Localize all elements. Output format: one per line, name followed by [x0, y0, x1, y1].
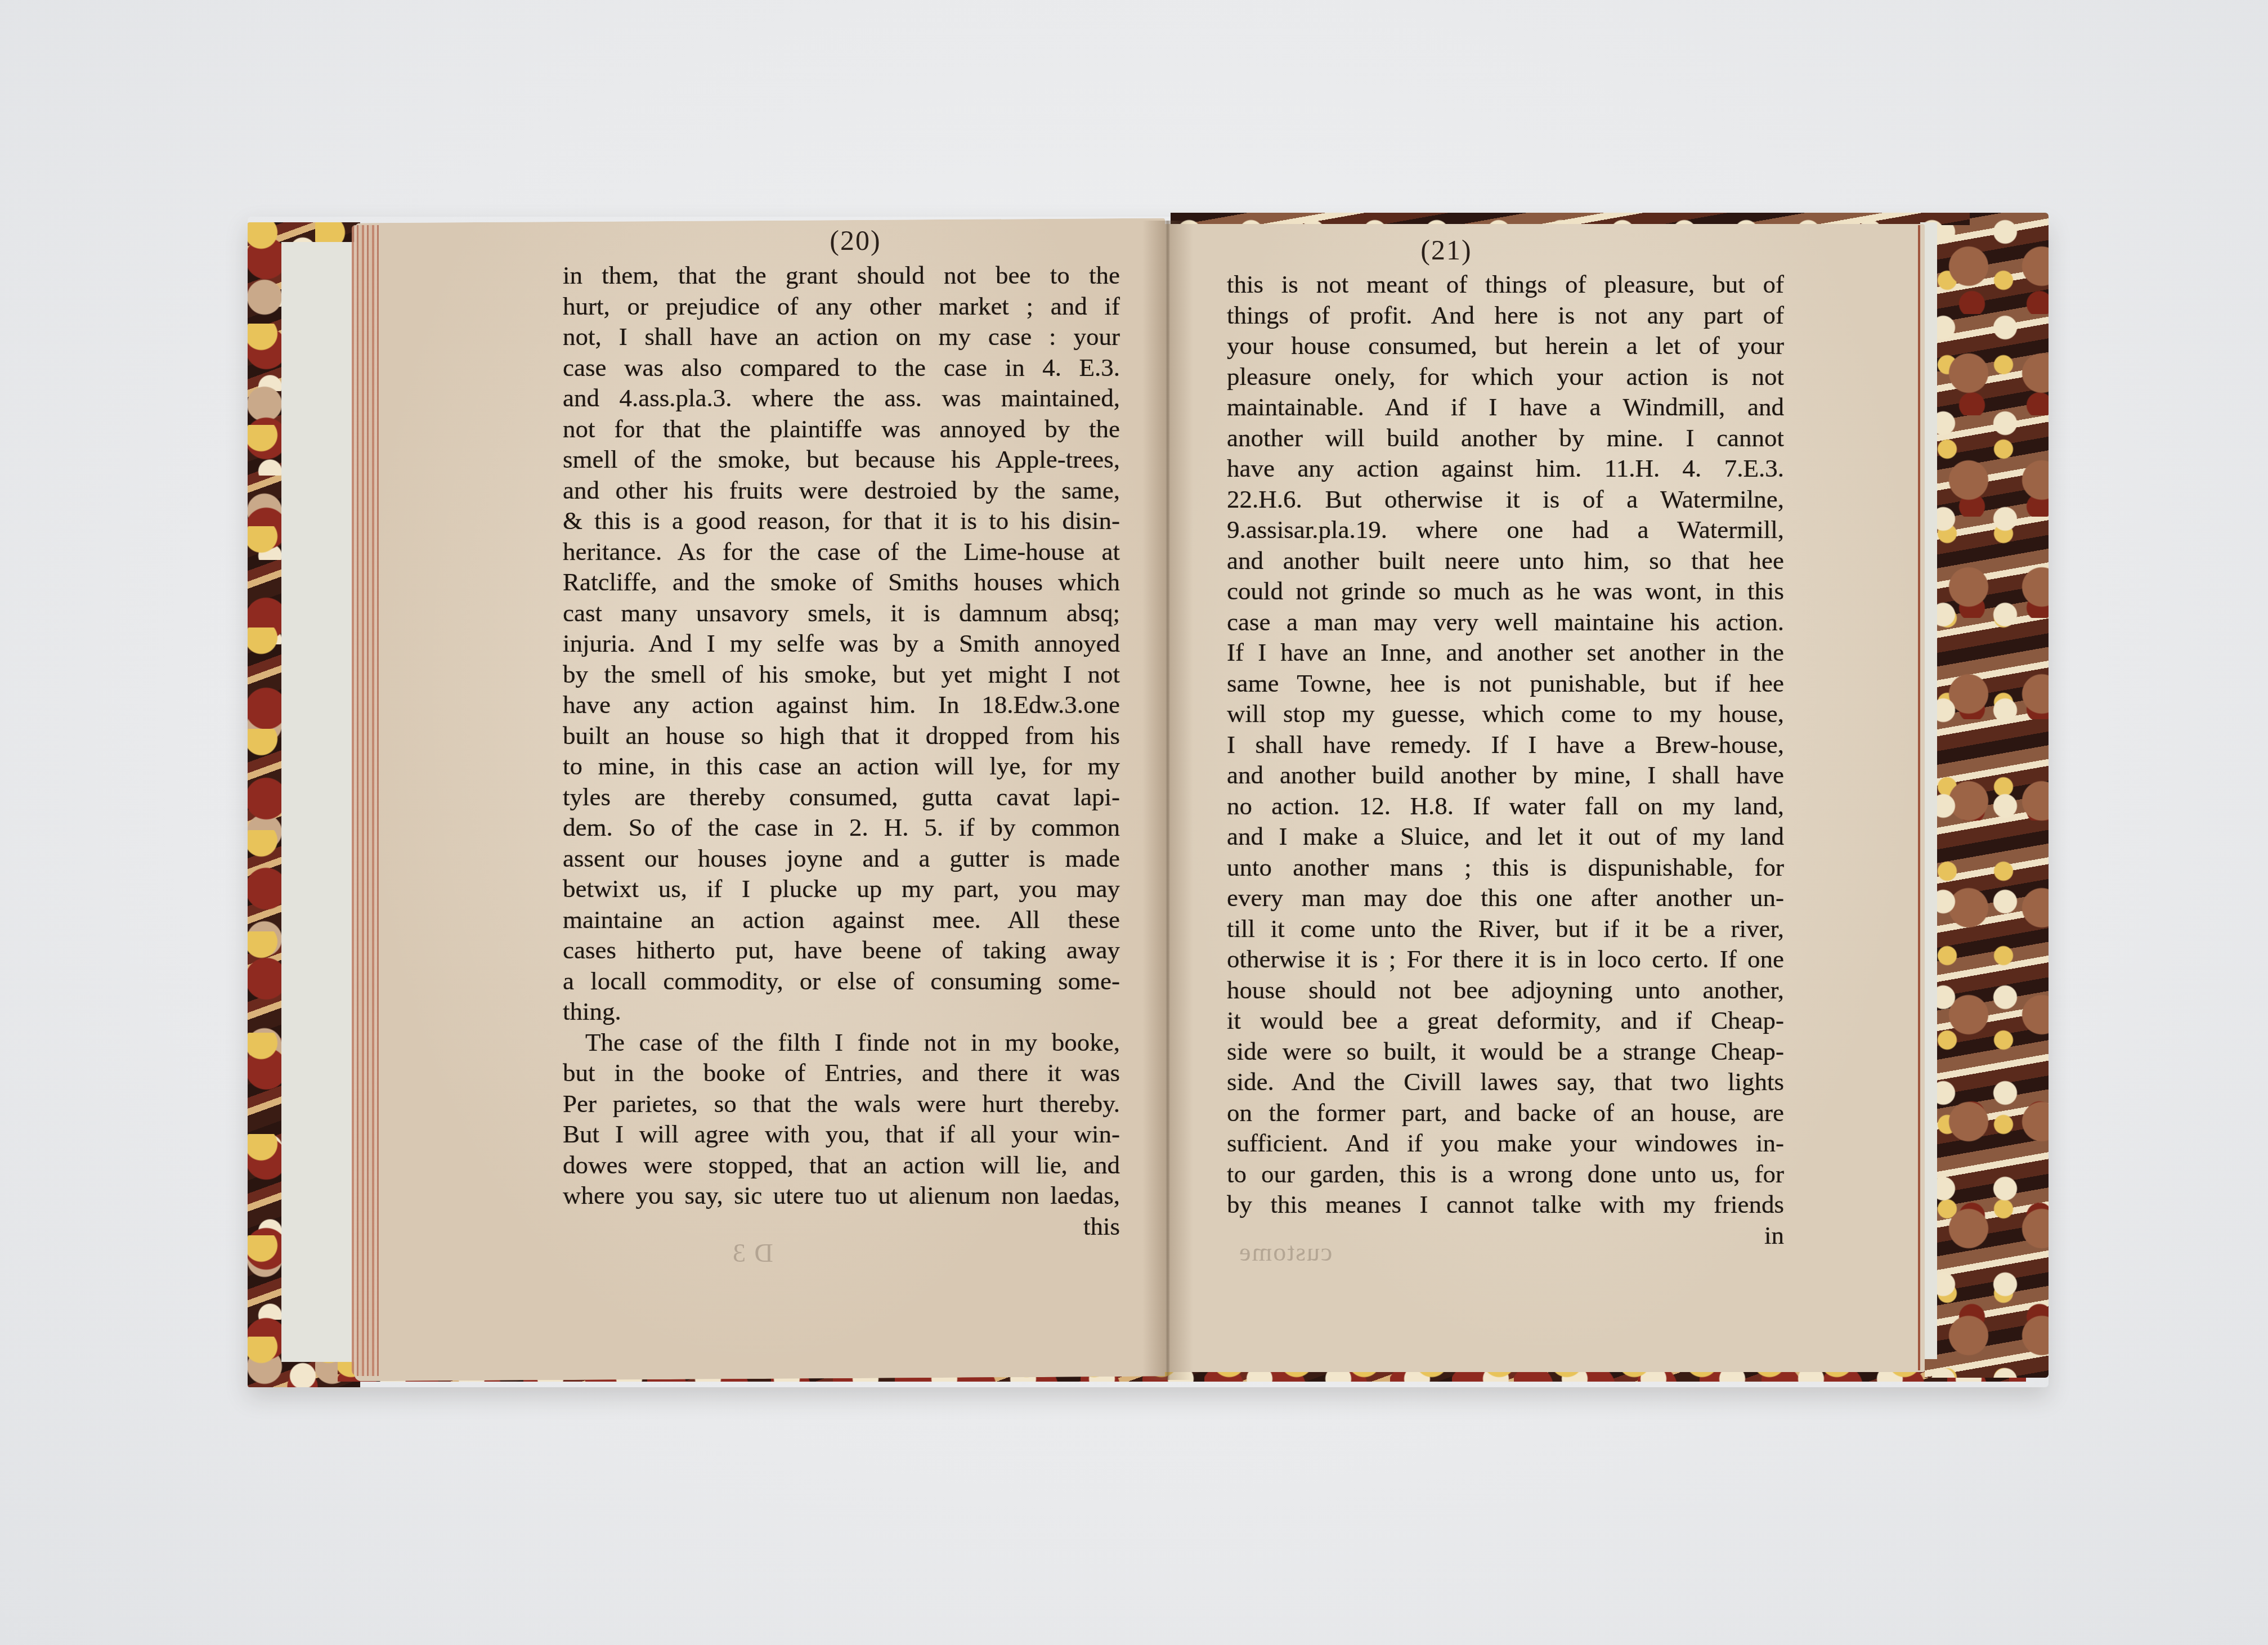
text-line: I shall have remedy. If I have a Brew-ho… — [1227, 729, 1784, 760]
text-line: to mine, in this case an action will lye… — [563, 751, 1120, 782]
text-line: case was also compared to the case in 4.… — [563, 352, 1120, 383]
text-line: but in the booke of Entries, and there i… — [563, 1057, 1120, 1088]
book-gutter — [1142, 221, 1193, 1380]
text-line: have any action against him. 11.H. 4. 7.… — [1227, 453, 1784, 484]
text-line: not, I shall have an action on my case :… — [563, 321, 1120, 352]
left-page-edge-stripes — [352, 225, 379, 1376]
text-line: and another build another by mine, I sha… — [1227, 760, 1784, 791]
text-line: tyles are thereby consumed, gutta cavat … — [563, 782, 1120, 813]
text-line: side were so built, it would be a strang… — [1227, 1036, 1784, 1067]
text-line: 9.assisar.pla.19. where one had a Waterm… — [1227, 514, 1784, 545]
text-line: injuria. And I my selfe was by a Smith a… — [563, 628, 1120, 659]
text-line: dowes were stopped, that an action will … — [563, 1150, 1120, 1181]
text-line: 22.H.6. But otherwise it is of a Watermi… — [1227, 484, 1784, 515]
text-line: heritance. As for the case of the Lime-h… — [563, 536, 1120, 567]
text-line: another will build another by mine. I ca… — [1227, 423, 1784, 454]
text-line: where you say, sic utere tuo ut alienum … — [563, 1180, 1120, 1211]
text-line: maintaine an action against mee. All the… — [563, 904, 1120, 935]
text-line: house should not bee adjoyning unto anot… — [1227, 975, 1784, 1006]
catchword: this — [563, 1211, 1120, 1242]
signature-mark-bleed: D 3 — [732, 1238, 773, 1268]
paragraph-start-line: The case of the filth I finde not in my … — [563, 1027, 1120, 1058]
text-line: things of profit. And here is not any pa… — [1227, 300, 1784, 331]
text-line: assent our houses joyne and a gutter is … — [563, 843, 1120, 874]
text-line: it would bee a great deformity, and if C… — [1227, 1005, 1784, 1036]
text-line: If I have an Inne, and another set anoth… — [1227, 637, 1784, 668]
text-line: in them, that the grant should not bee t… — [563, 260, 1120, 291]
text-line: unto another mans ; this is dispunishabl… — [1227, 852, 1784, 883]
text-line: otherwise it is ; For there it is in loc… — [1227, 944, 1784, 975]
right-page-number: (21) — [1390, 234, 1503, 266]
text-line: could not grinde so much as he was wont,… — [1227, 576, 1784, 607]
text-line: on the former part, and backe of an hous… — [1227, 1097, 1784, 1128]
text-line: same Towne, hee is not punishable, but i… — [1227, 668, 1784, 699]
text-line: maintainable. And if I have a Windmill, … — [1227, 392, 1784, 423]
text-line: side. And the Civill lawes say, that two… — [1227, 1066, 1784, 1097]
text-line: and I make a Sluice, and let it out of m… — [1227, 821, 1784, 852]
text-line: not for that the plaintiffe was annoyed … — [563, 414, 1120, 445]
right-page-edge-line — [1918, 225, 1920, 1370]
text-line: & this is a good reason, for that it is … — [563, 505, 1120, 536]
text-line: to our garden, this is a wrong done unto… — [1227, 1159, 1784, 1190]
text-line: and 4.ass.pla.3. where the ass. was main… — [563, 383, 1120, 414]
text-line: a locall commodity, or else of consuming… — [563, 966, 1120, 997]
text-line: betwixt us, if I plucke up my part, you … — [563, 873, 1120, 904]
left-page-text: in them, that the grant should not bee t… — [563, 260, 1120, 1241]
text-line: cast many unsavory smels, it is damnum a… — [563, 598, 1120, 629]
text-line: Per parietes, so that the wals were hurt… — [563, 1088, 1120, 1119]
right-page-text: this is not meant of things of pleasure,… — [1227, 269, 1784, 1250]
text-line: no action. 12. H.8. If water fall on my … — [1227, 791, 1784, 822]
text-line: and other his fruits were destroied by t… — [563, 475, 1120, 506]
text-line: built an house so high that it dropped f… — [563, 720, 1120, 751]
text-line: Ratcliffe, and the smoke of Smiths house… — [563, 567, 1120, 598]
bleed-through-text: custome — [1238, 1237, 1332, 1267]
text-line: pleasure onely, for which your action is… — [1227, 361, 1784, 392]
text-line: till it come unto the River, but if it b… — [1227, 913, 1784, 944]
text-line: hurt, or prejudice of any other market ;… — [563, 291, 1120, 322]
text-line: and another built neere unto him, so tha… — [1227, 545, 1784, 576]
text-line: dem. So of the case in 2. H. 5. if by co… — [563, 812, 1120, 843]
text-line: this is not meant of things of pleasure,… — [1227, 269, 1784, 300]
text-line: your house consumed, but herein a let of… — [1227, 330, 1784, 361]
right-cover-marbled — [1925, 213, 2049, 1378]
left-page-number: (20) — [799, 224, 912, 257]
text-line: sufficient. And if you make your windowe… — [1227, 1128, 1784, 1159]
text-line: every man may doe this one after another… — [1227, 882, 1784, 913]
text-line: by this meanes I cannot talke with my fr… — [1227, 1189, 1784, 1220]
text-line: cases hitherto put, have beene of taking… — [563, 935, 1120, 966]
text-line: have any action against him. In 18.Edw.3… — [563, 689, 1120, 720]
text-line: will stop my guesse, which come to my ho… — [1227, 698, 1784, 729]
text-line: But I will agree with you, that if all y… — [563, 1119, 1120, 1150]
text-line: smell of the smoke, but because his Appl… — [563, 444, 1120, 475]
text-line: thing. — [563, 996, 1120, 1027]
text-line: by the smell of his smoke, but yet might… — [563, 659, 1120, 690]
text-line: case a man may very well maintaine his a… — [1227, 607, 1784, 638]
right-cover-top-edge — [1171, 213, 1970, 225]
